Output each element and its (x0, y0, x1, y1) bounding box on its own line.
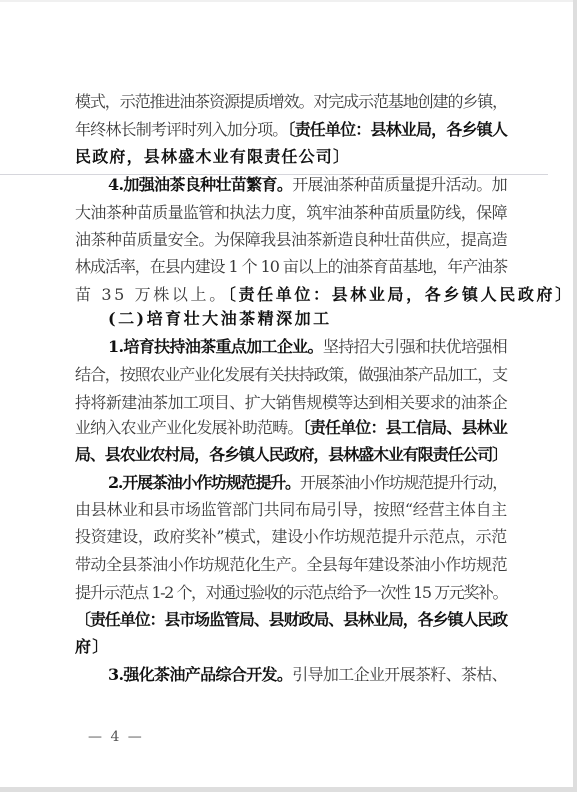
bold-text-segment: 4.加强油茶良种壮苗繁育。 (108, 175, 292, 194)
text-segment: 结合，按照农业产业化发展有关扶持政策，做强油茶产品加工，支 (75, 365, 507, 384)
text-segment: 苗 35 万株以上。 (75, 285, 228, 304)
text-segment: 持将新建油茶加工项目、扩大销售规模等达到相关要求的油茶企 (75, 393, 507, 412)
text-segment: 年终林长制考评时列入加分项。 (75, 120, 287, 139)
text-line: 大油茶种苗质量监管和执法力度，筑牢油茶种苗质量防线，保障 (75, 200, 507, 226)
text-line: 民政府，县林盛木业有限责任公司〕 (75, 144, 507, 170)
text-line: (二)培育壮大油茶精深加工 (108, 306, 507, 332)
text-segment: 模式，示范推进油茶资源提质增效。对完成示范基地创建的乡镇， (75, 92, 507, 111)
bold-text-segment: 〔责任单位：县林业局，各乡镇人民政府〕 (228, 285, 574, 304)
text-line: 油茶种苗质量安全。为保障我县油茶新造良种壮苗供应，提高造 (75, 227, 507, 253)
text-segment: 开展油茶种苗质量提升活动。加 (292, 175, 507, 194)
bold-text-segment: 府〕 (75, 637, 109, 656)
text-line: 模式，示范推进油茶资源提质增效。对完成示范基地创建的乡镇， (75, 89, 507, 115)
text-line: 2.开展茶油小作坊规范提升。开展茶油小作坊规范提升行动， (108, 470, 507, 496)
text-segment: 油茶种苗质量安全。为保障我县油茶新造良种壮苗供应，提高造 (75, 230, 507, 249)
text-segment: 带动全县茶油小作坊规范化生产。全县每年建设茶油小作坊规范 (75, 555, 507, 574)
text-segment: 大油茶种苗质量监管和执法力度，筑牢油茶种苗质量防线，保障 (75, 203, 507, 222)
bold-text-segment: 民政府，县林盛木业有限责任公司〕 (75, 147, 350, 166)
text-segment: 业纳入农业产业化发展补助范畴。 (75, 418, 303, 437)
bold-text-segment: (二)培育壮大油茶精深加工 (108, 309, 332, 328)
text-line: 〔责任单位：县市场监管局、县财政局、县林业局，各乡镇人民政 (75, 607, 507, 633)
text-line: 府〕 (75, 634, 507, 660)
text-line: 3.强化茶油产品综合开发。引导加工企业开展茶籽、茶枯、 (108, 662, 507, 688)
text-segment: 引导加工企业开展茶籽、茶枯、 (292, 665, 507, 684)
text-line: 业纳入农业产业化发展补助范畴。〔责任单位：县工信局、县林业 (75, 415, 507, 441)
bold-text-segment: 2.开展茶油小作坊规范提升。 (108, 473, 300, 492)
text-segment: 提升示范点 1-2 个，对通过验收的示范点给予一次性 15 万元奖补。 (75, 583, 507, 602)
text-segment: 投资建设，政府奖补”模式，建设小作坊规范提升示范点，示范 (75, 527, 507, 546)
bold-text-segment: 〔责任单位：县工信局、县林业 (303, 418, 507, 437)
text-line: 4.加强油茶良种壮苗繁育。开展油茶种苗质量提升活动。加 (108, 172, 507, 198)
text-line: 提升示范点 1-2 个，对通过验收的示范点给予一次性 15 万元奖补。 (75, 580, 507, 606)
text-segment: 林成活率，在县内建设 1 个 10 亩以上的油茶育苗基地，年产油茶 (75, 257, 507, 276)
text-line: 年终林长制考评时列入加分项。〔责任单位：县林业局，各乡镇人 (75, 117, 507, 143)
text-line: 持将新建油茶加工项目、扩大销售规模等达到相关要求的油茶企 (75, 390, 507, 416)
page-number: — 4 — (88, 729, 144, 745)
text-segment: 由县林业和县市场监管部门共同布局引导，按照“经营主体自主 (75, 500, 507, 519)
text-line: 由县林业和县市场监管部门共同布局引导，按照“经营主体自主 (75, 497, 507, 523)
bold-text-segment: 3.强化茶油产品综合开发。 (108, 665, 292, 684)
bold-text-segment: 局、县农业农村局，各乡镇人民政府，县林盛木业有限责任公司〕 (75, 445, 507, 464)
text-segment: 开展茶油小作坊规范提升行动， (300, 473, 507, 492)
text-line: 林成活率，在县内建设 1 个 10 亩以上的油茶育苗基地，年产油茶 (75, 254, 507, 280)
bold-text-segment: 1.培育扶持油茶重点加工企业。 (108, 337, 323, 356)
text-segment: 坚持招大引强和扶优培强相 (323, 337, 507, 356)
bold-text-segment: 〔责任单位：县林业局，各乡镇人 (287, 120, 507, 139)
text-line: 带动全县茶油小作坊规范化生产。全县每年建设茶油小作坊规范 (75, 552, 507, 578)
text-line: 投资建设，政府奖补”模式，建设小作坊规范提升示范点，示范 (75, 524, 507, 550)
document-page: 模式，示范推进油茶资源提质增效。对完成示范基地创建的乡镇，年终林长制考评时列入加… (0, 0, 573, 787)
text-line: 结合，按照农业产业化发展有关扶持政策，做强油茶产品加工，支 (75, 362, 507, 388)
text-line: 苗 35 万株以上。〔责任单位：县林业局，各乡镇人民政府〕 (75, 282, 507, 308)
text-line: 1.培育扶持油茶重点加工企业。坚持招大引强和扶优培强相 (108, 334, 507, 360)
bold-text-segment: 〔责任单位：县市场监管局、县财政局、县林业局，各乡镇人民政 (75, 610, 507, 629)
text-line: 局、县农业农村局，各乡镇人民政府，县林盛木业有限责任公司〕 (75, 442, 507, 468)
